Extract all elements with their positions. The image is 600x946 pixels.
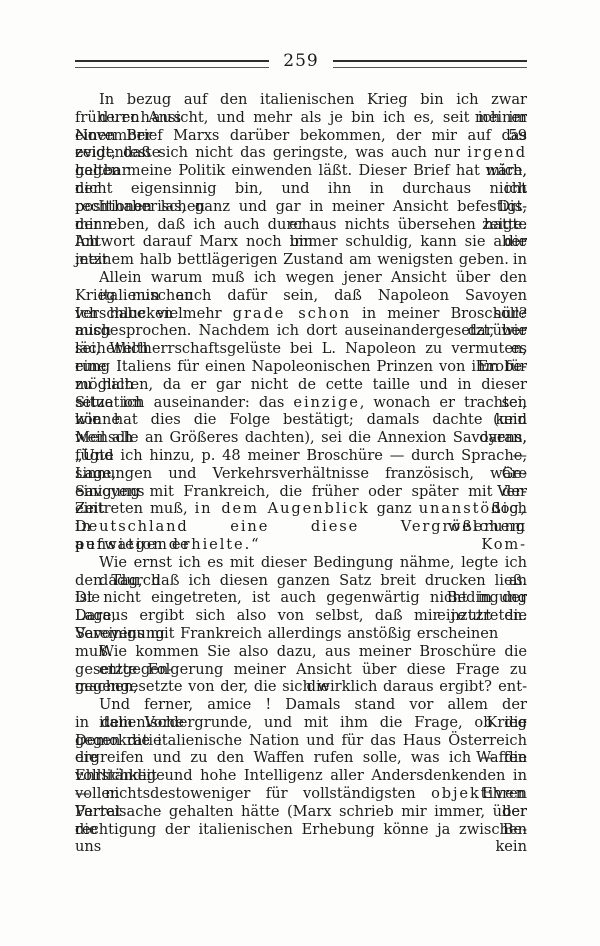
text-line: Parteisache gehalten hätte (Marx schrieb…: [75, 803, 527, 821]
text-segment: — nichtsdestoweniger für vollständigsten: [75, 785, 431, 802]
text-line: Und ferner, amice ! Damals stand vor all…: [75, 696, 527, 714]
text-line: Antwort darauf Marx noch immer schuldig,…: [75, 233, 527, 251]
text-block: In bezug auf den italienischen Krieg bin…: [75, 91, 527, 838]
text-segment: pensation erhielte.: [75, 536, 251, 553]
text-line: — nichtsdestoweniger für vollständigsten…: [75, 785, 527, 803]
text-line: wie hat dies die Folge bestätigt; damals…: [75, 411, 527, 429]
text-line: Deutschland eine diese Vergrößerung aufw…: [75, 518, 527, 536]
text-line: weil alle an Größeres dachten), sei die …: [75, 429, 527, 447]
text-line: gegengesetzte von der, die sich wirklich…: [75, 678, 527, 696]
text-segment: rechtigung der italienischen Erhebung kö…: [75, 821, 527, 856]
text-line: einen Brief Marxs darüber bekommen, der …: [75, 127, 527, 145]
text-segment: In bezug auf den italienischen Krieg bin…: [99, 91, 527, 108]
text-line: sinnungen und Verkehrsverhältnisse franz…: [75, 465, 527, 483]
page-number: 259: [269, 53, 332, 70]
text-segment: irgend: [467, 144, 527, 161]
running-head: 259: [75, 55, 527, 72]
text-line: einigung mit Frankreich, die früher oder…: [75, 483, 527, 501]
text-line: ergreifen und zu den Waffen rufen solle,…: [75, 749, 527, 767]
text-line: Krieg nun auch dafür sein, daß Napoleon …: [75, 287, 527, 305]
text-segment: grade schon: [233, 305, 351, 322]
text-line: gesetzte Folgerung meiner Ansicht über d…: [75, 661, 527, 679]
text-line: rung Italiens für einen Napoleonischen P…: [75, 358, 527, 376]
text-segment: gegengesetzte von der, die sich wirklich…: [75, 678, 492, 695]
text-line: mir eben, daß ich auch durchaus nichts ü…: [75, 216, 527, 234]
paragraph: Allein warum muß ich wegen jener Ansicht…: [75, 269, 527, 554]
book-page: 259 In bezug auf den italienischen Krieg…: [0, 0, 600, 946]
text-segment: Daraus ergibt sich also von selbst, daß …: [75, 607, 451, 624]
header-rule-left: [75, 60, 269, 68]
text-line: gegen die italienische Nation und für da…: [75, 732, 527, 750]
paragraph: Wie ernst ich es mit dieser Bedingung nä…: [75, 554, 527, 643]
text-segment: in dem Augenblick: [195, 500, 370, 517]
text-line: nicht eigensinnig bin, und ihn in durcha…: [75, 180, 527, 198]
text-segment: jetzt: [451, 607, 493, 624]
text-segment: einzige: [293, 394, 359, 411]
text-line: ist nicht eingetreten, ist auch gegenwär…: [75, 589, 527, 607]
text-segment: eintreten muß,: [75, 500, 195, 517]
text-line: Daraus ergibt sich also von selbst, daß …: [75, 607, 527, 625]
text-line: In bezug auf den italienischen Krieg bin…: [75, 91, 527, 109]
paragraph: Wie kommen Sie also dazu, aus meiner Bro…: [75, 643, 527, 696]
text-line: setze ich auseinander: das einzige, wona…: [75, 394, 527, 412]
text-segment: meinem halb bettlägerigen Zustand am wen…: [75, 251, 509, 268]
text-line: eintreten muß, in dem Augenblick ganz un…: [75, 500, 527, 518]
text-line: Wie kommen Sie also dazu, aus meiner Bro…: [75, 643, 527, 661]
text-line: fügte ich hinzu, p. 48 meiner Broschüre …: [75, 447, 527, 465]
text-line: Allein warum muß ich wegen jener Ansicht…: [75, 269, 527, 287]
text-line: Savoyens mit Frankreich allerdings anstö…: [75, 625, 527, 643]
text-segment: Ich habe vielmehr: [75, 305, 233, 322]
text-line: rechtigung der italienischen Erhebung kö…: [75, 821, 527, 839]
text-segment: objektiven: [431, 785, 527, 802]
text-line: meinem halb bettlägerigen Zustand am wen…: [75, 251, 527, 269]
header-rule-right: [333, 60, 527, 68]
text-line: den Tag, daß ich diesen ganzen Satz brei…: [75, 572, 527, 590]
text-line: sei, Weltherrschaftsgelüste bei L. Napol…: [75, 340, 527, 358]
text-line: gegen meine Politik einwenden läßt. Dies…: [75, 162, 527, 180]
text-line: in dem Vordergrunde, und mit ihm die Fra…: [75, 714, 527, 732]
text-line: ausgesprochen. Nachdem ich dort auseinan…: [75, 322, 527, 340]
paragraph: Und ferner, amice ! Damals stand vor all…: [75, 696, 527, 838]
text-line: Ich habe vielmehr grade schon in meiner …: [75, 305, 527, 323]
text-line: positionen las, ganz und gar in meiner A…: [75, 198, 527, 216]
text-segment: zeigt, daß sich nicht das geringste, was…: [75, 144, 467, 161]
text-line: Wie ernst ich es mit dieser Bedingung nä…: [75, 554, 527, 572]
text-line: zu halten, da er gar nicht de cette tail…: [75, 376, 527, 394]
paragraph: In bezug auf den italienischen Krieg bin…: [75, 91, 527, 269]
text-segment: ganz: [370, 500, 419, 517]
text-line: zeigt, daß sich nicht das geringste, was…: [75, 144, 527, 162]
text-segment: setze ich auseinander: das: [75, 394, 293, 411]
text-line: früheren Ansicht, und mehr als je bin ic…: [75, 109, 527, 127]
text-line: Ehrlichkeit und hohe Intelligenz aller A…: [75, 767, 527, 785]
text-segment: “: [251, 536, 258, 553]
